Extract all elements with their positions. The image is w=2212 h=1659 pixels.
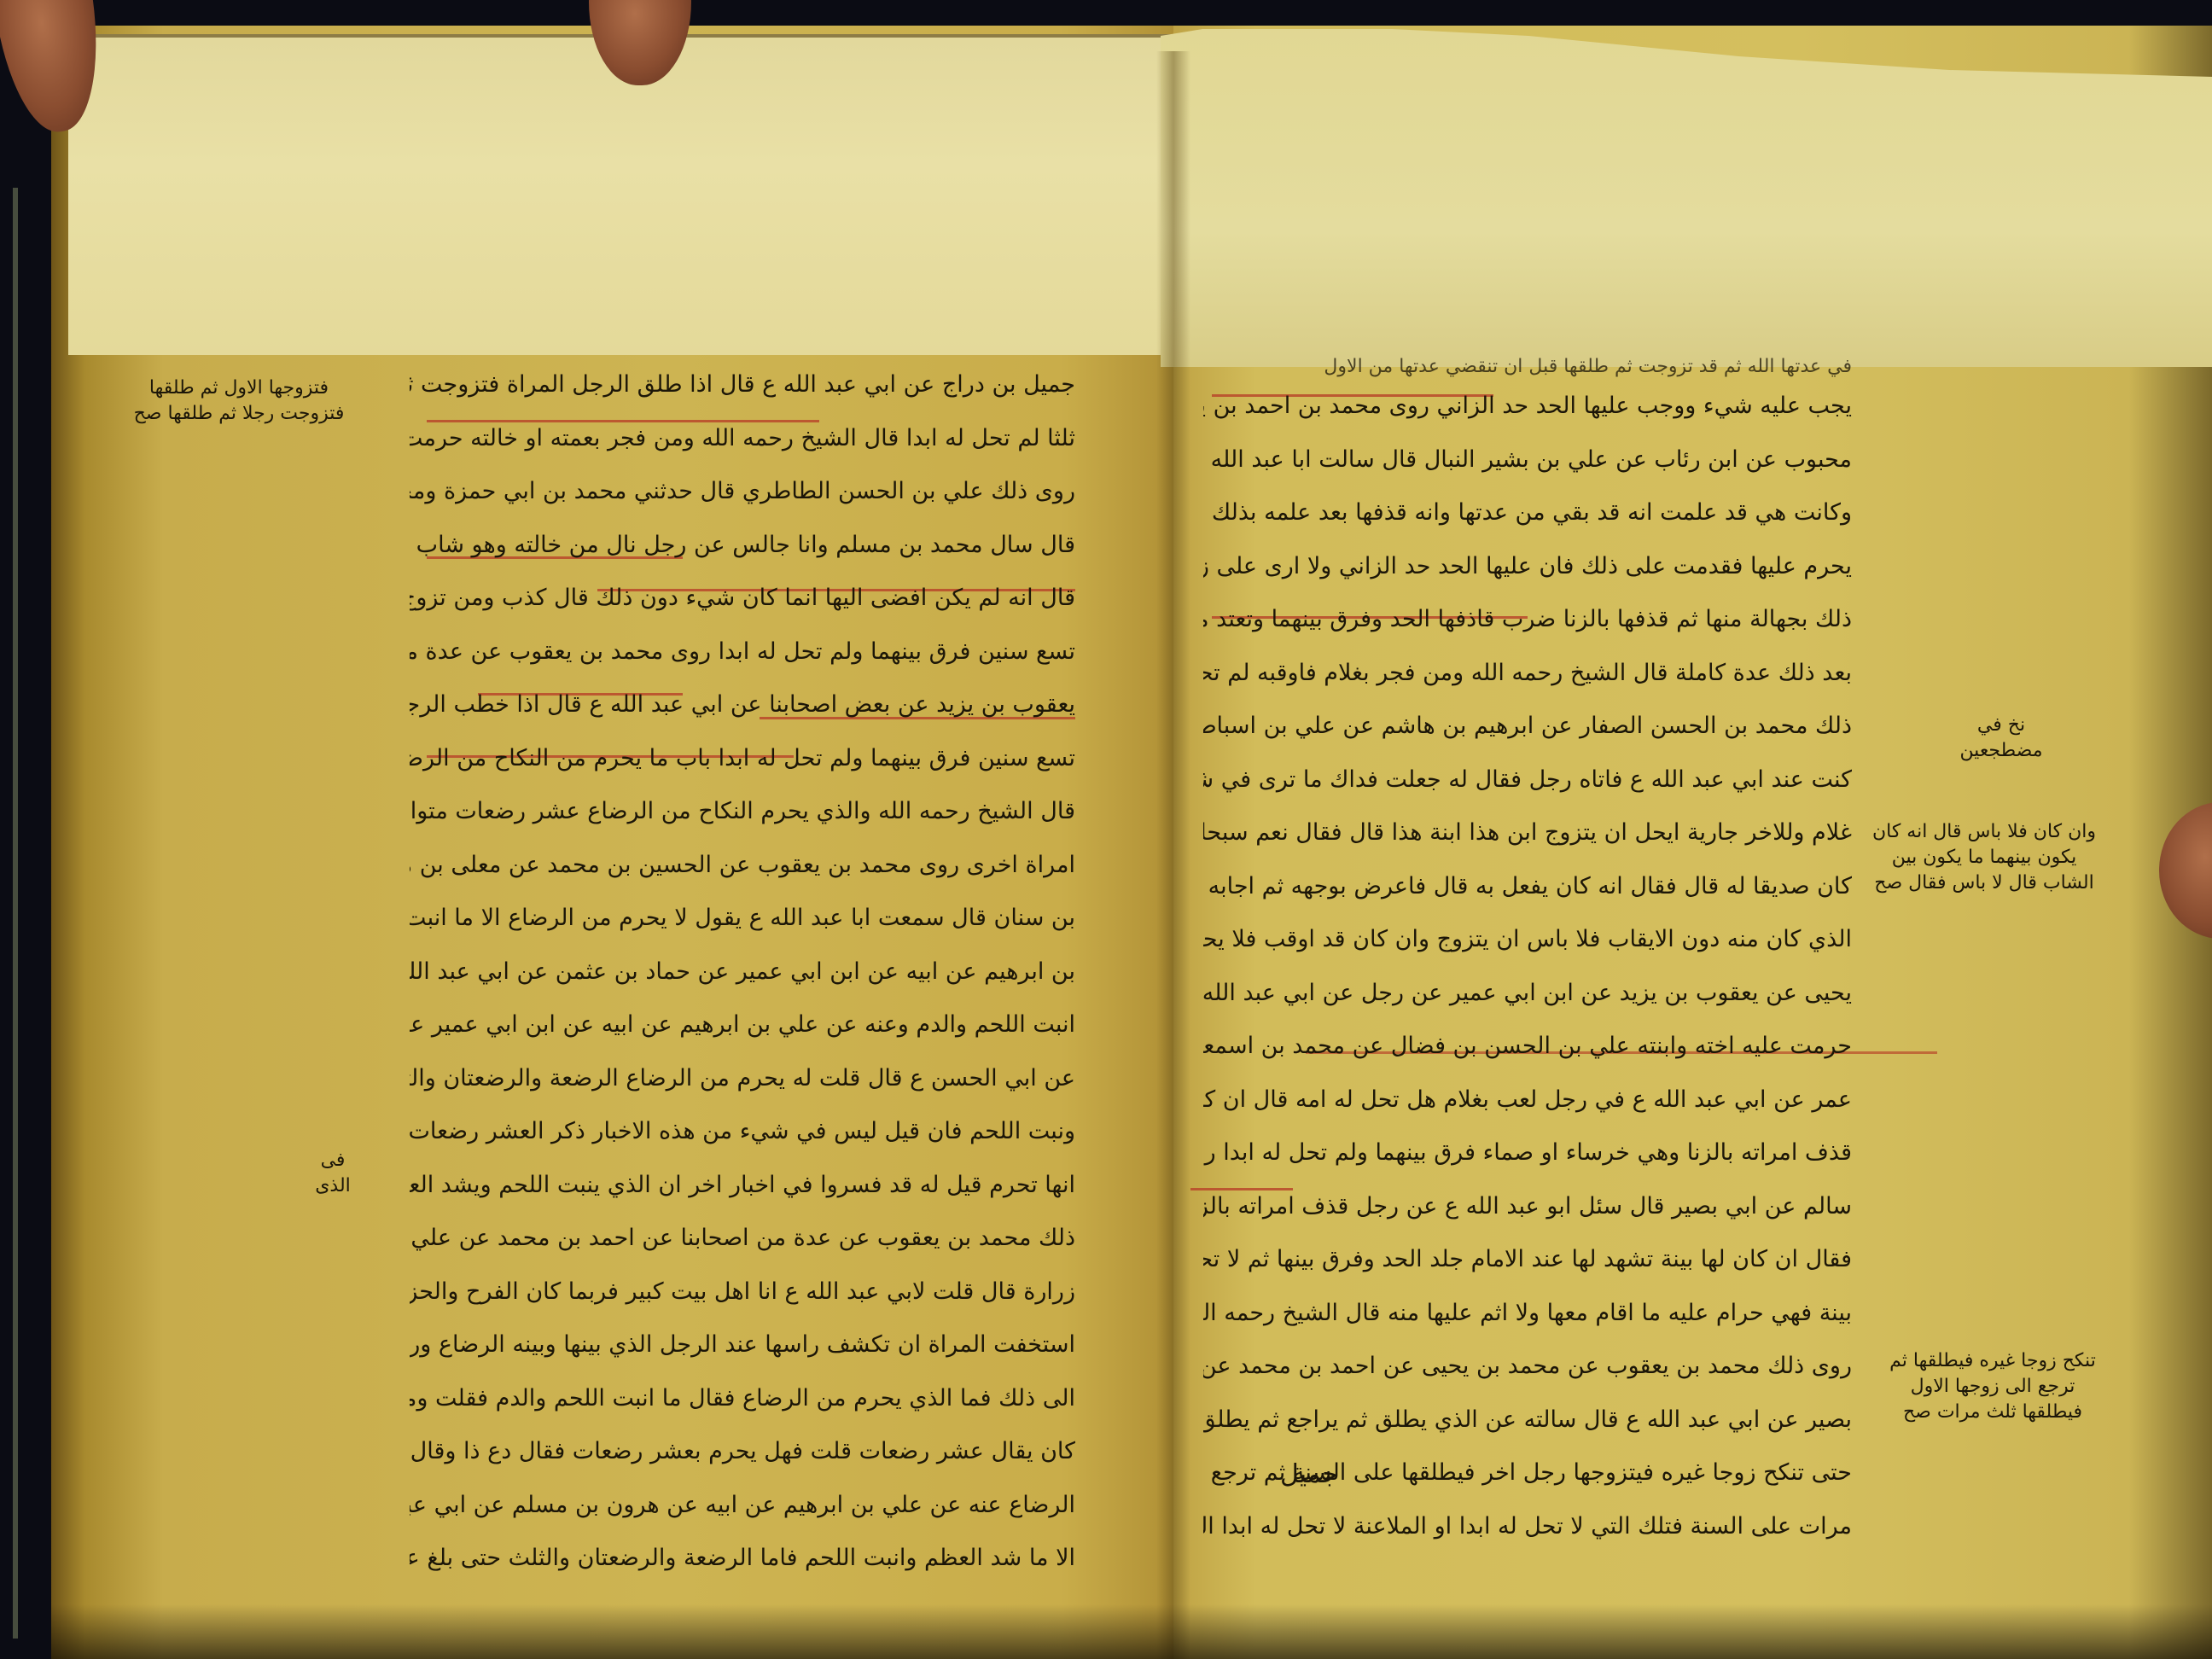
text-line: بينة فهي حرام عليه ما اقام معها ولا اثم … [1203,1287,1852,1341]
margin-note: نخ في مضطجعين [1954,713,2048,764]
text-line: يحرم عليها فقدمت على ذلك فان عليها الحد … [1203,540,1852,594]
text-line: قال سال محمد بن مسلم وانا جالس عن رجل نا… [410,519,1075,573]
text-line: سالم عن ابي بصير قال سئل ابو عبد الله ع … [1203,1180,1852,1234]
text-line: امراة اخرى روى محمد بن يعقوب عن الحسين ب… [410,839,1075,893]
text-line: عمر عن ابي عبد الله ع في رجل لعب بغلام ه… [1203,1074,1852,1127]
text-line: الا ما شد العظم وانبت اللحم فاما الرضعة … [410,1532,1075,1586]
text-line: يحيى عن يعقوب بن يزيد عن ابن ابي عمير عن… [1203,967,1852,1021]
text-line: بن ابرهيم عن ابيه عن ابن ابي عمير عن حما… [410,946,1075,999]
text-line: غلام وللاخر جارية ايحل ان يتزوج ابن هذا … [1203,806,1852,860]
book-gutter [1156,51,1190,1659]
text-line: كان صديقا له قال فقال انه كان يفعل به قا… [1203,860,1852,914]
text-line: ثلثا لم تحل له ابدا قال الشيخ رحمه الله … [410,412,1075,466]
text-line: زرارة قال قلت لابي عبد الله ع انا اهل بي… [410,1266,1075,1319]
text-line: بصير عن ابي عبد الله ع قال سالته عن الذي… [1203,1394,1852,1447]
text-line: الى ذلك فما الذي يحرم من الرضاع فقال ما … [410,1372,1075,1426]
text-line: قذف امراته بالزنا وهي خرساء او صماء فرق … [1203,1126,1852,1180]
manuscript-photo: جميل بن دراج عن ابي عبد الله ع قال اذا ط… [0,0,2212,1659]
margin-note: وان كان فلا باس قال انه كان يكون بينهما … [1869,819,2099,896]
text-line: انها تحرم قيل له قد فسروا في اخبار اخر ا… [410,1159,1075,1213]
book-clamp [13,188,18,1639]
left-page-text: جميل بن دراج عن ابي عبد الله ع قال اذا ط… [410,358,1075,1586]
text-line: جميل بن دراج عن ابي عبد الله ع قال اذا ط… [410,358,1075,412]
text-line: تسع سنين فرق بينهما ولم تحل له ابدا روى … [410,626,1075,679]
text-line: ونبت اللحم فان قيل ليس في شيء من هذه الا… [410,1105,1075,1159]
right-page-text: في عدتها الله ثم قد تزوجت ثم طلقها قبل ا… [1203,354,1852,1553]
text-line: محبوب عن ابن رئاب عن علي بن بشير النبال … [1203,434,1852,487]
text-line: بن سنان قال سمعت ابا عبد الله ع يقول لا … [410,892,1075,946]
page-bottom-shadow [51,1604,2212,1659]
text-line: ذلك بجهالة منها ثم قذفها بالزنا ضرب قاذف… [1203,593,1852,647]
text-line: روى ذلك محمد بن يعقوب عن محمد بن يحيى عن… [1203,1340,1852,1394]
left-page-paper-flap [68,34,1178,355]
margin-note: تنكح زوجا غيره فيطلقها ثم ترجع الى زوجها… [1877,1348,2108,1425]
margin-note: فى الذى [307,1148,358,1199]
text-line: تسع سنين فرق بينهما ولم تحل له ابدا باب … [410,732,1075,786]
catchword: جميل [1280,1459,1338,1489]
text-line: روى ذلك علي بن الحسن الطاطري قال حدثني م… [410,465,1075,519]
text-line: حرمت عليه اخته وابنته علي بن الحسن بن فض… [1203,1020,1852,1074]
text-line: الذي كان منه دون الايقاب فلا باس ان يتزو… [1203,913,1852,967]
text-line: يجب عليه شيء ووجب عليها الحد حد الزاني ر… [1203,380,1852,434]
text-line: مرات على السنة فتلك التي لا تحل له ابدا … [1203,1500,1852,1554]
margin-note: فتزوجها الاول ثم طلقها فتزوجت رجلا ثم طل… [119,375,358,427]
text-line: كان يقال عشر رضعات قلت فهل يحرم بعشر رضع… [410,1425,1075,1479]
text-line: في عدتها الله ثم قد تزوجت ثم طلقها قبل ا… [1203,354,1852,380]
text-line: وكانت هي قد علمت انه قد بقي من عدتها وان… [1203,486,1852,540]
text-line: الرضاع عنه عن علي بن ابرهيم عن ابيه عن ه… [410,1479,1075,1533]
text-line: كنت عند ابي عبد الله ع فاتاه رجل فقال له… [1203,754,1852,807]
text-line: عن ابي الحسن ع قال قلت له يحرم من الرضاع… [410,1052,1075,1106]
text-line: استخفت المراة ان تكشف راسها عند الرجل ال… [410,1318,1075,1372]
text-line: يعقوب بن يزيد عن بعض اصحابنا عن ابي عبد … [410,678,1075,732]
text-line: قال الشيخ رحمه الله والذي يحرم النكاح من… [410,785,1075,839]
text-line: انبت اللحم والدم وعنه عن علي بن ابرهيم ع… [410,998,1075,1052]
text-line: فقال ان كان لها بينة تشهد لها عند الامام… [1203,1233,1852,1287]
text-line: ذلك محمد بن يعقوب عن عدة من اصحابنا عن ا… [410,1212,1075,1266]
text-line: بعد ذلك عدة كاملة قال الشيخ رحمه الله وم… [1203,647,1852,701]
text-line: ذلك محمد بن الحسن الصفار عن ابرهيم بن ها… [1203,700,1852,754]
text-line: قال انه لم يكن افضى اليها انما كان شيء د… [410,572,1075,626]
right-page-paper-flap [1161,26,2212,367]
